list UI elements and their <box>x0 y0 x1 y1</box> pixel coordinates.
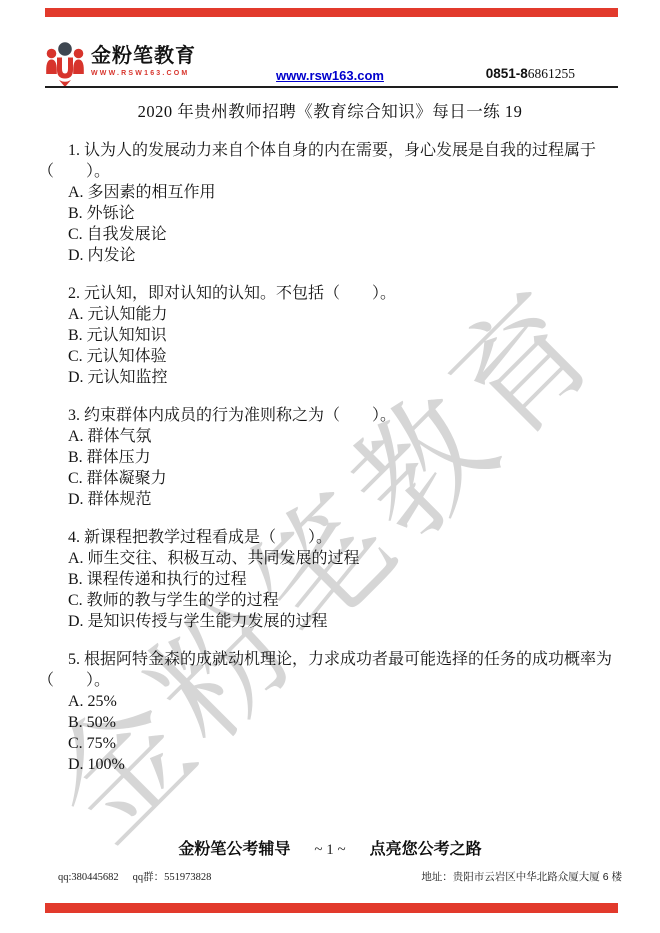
page-title: 2020 年贵州教师招聘《教育综合知识》每日一练 19 <box>0 98 660 122</box>
question-stem: 1. 认为人的发展动力来自个体自身的内在需要，身心发展是自我的过程属于 <box>38 140 630 161</box>
option-c: C. 自我发展论 <box>38 224 630 245</box>
footer-contacts: qq:380445682qq群：551973828 地址：贵阳市云岩区中华北路众… <box>58 869 622 884</box>
option-b: B. 群体压力 <box>38 447 630 468</box>
page-number: ~ 1 ~ <box>314 842 345 858</box>
option-a: A. 元认知能力 <box>38 304 630 325</box>
option-b: B. 课程传递和执行的过程 <box>38 569 630 590</box>
footer-slogan: 点亮您公考之路 <box>370 841 482 858</box>
document-page: 金粉笔教育 WWW.RSW163.COM www.rsw163.com 0851… <box>0 0 660 933</box>
question-stem: 3. 约束群体内成员的行为准则称之为（ ）。 <box>38 405 630 426</box>
questions-section: 1. 认为人的发展动力来自个体自身的内在需要，身心发展是自我的过程属于 （ ）。… <box>38 140 630 792</box>
option-b: B. 50% <box>38 712 630 733</box>
bottom-red-bar <box>45 903 618 913</box>
option-b: B. 外铄论 <box>38 203 630 224</box>
contact-address: 地址：贵阳市云岩区中华北路众厦大厦 6 楼 <box>421 869 622 884</box>
phone-prefix: 0851-8 <box>486 66 528 81</box>
question-stem: 5. 根据阿特金森的成就动机理论，力求成功者最可能选择的任务的成功概率为 <box>38 649 630 670</box>
footer-brand: 金粉笔公考辅导 <box>178 841 290 858</box>
question-stem: 2. 元认知，即对认知的认知。不包括（ ）。 <box>38 283 630 304</box>
question-1: 1. 认为人的发展动力来自个体自身的内在需要，身心发展是自我的过程属于 （ ）。… <box>38 140 630 266</box>
phone-number: 0851-86861255 <box>486 66 575 82</box>
question-5: 5. 根据阿特金森的成就动机理论，力求成功者最可能选择的任务的成功概率为 （ ）… <box>38 649 630 775</box>
question-4: 4. 新课程把教学过程看成是（ ）。 A. 师生交往、积极互动、共同发展的过程 … <box>38 527 630 632</box>
option-a: A. 多因素的相互作用 <box>38 182 630 203</box>
question-stem: 4. 新课程把教学过程看成是（ ）。 <box>38 527 630 548</box>
question-stem-continuation: （ ）。 <box>38 670 630 691</box>
option-d: D. 是知识传授与学生能力发展的过程 <box>38 611 630 632</box>
phone-suffix: 6861255 <box>528 66 575 81</box>
option-d: D. 群体规范 <box>38 489 630 510</box>
option-c: C. 群体凝聚力 <box>38 468 630 489</box>
question-3: 3. 约束群体内成员的行为准则称之为（ ）。 A. 群体气氛 B. 群体压力 C… <box>38 405 630 510</box>
question-2: 2. 元认知，即对认知的认知。不包括（ ）。 A. 元认知能力 B. 元认知知识… <box>38 283 630 388</box>
qq-number: qq:380445682 <box>58 872 119 883</box>
top-red-bar <box>45 8 618 17</box>
option-a: A. 师生交往、积极互动、共同发展的过程 <box>38 548 630 569</box>
option-b: B. 元认知知识 <box>38 325 630 346</box>
option-d: D. 内发论 <box>38 245 630 266</box>
option-d: D. 100% <box>38 754 630 775</box>
footer-tagline: 金粉笔公考辅导~ 1 ~点亮您公考之路 <box>0 836 660 859</box>
option-d: D. 元认知监控 <box>38 367 630 388</box>
question-stem-continuation: （ ）。 <box>38 161 630 182</box>
option-c: C. 75% <box>38 733 630 754</box>
option-c: C. 元认知体验 <box>38 346 630 367</box>
contact-qq: qq:380445682qq群：551973828 <box>58 869 211 884</box>
qq-group-number: qq群：551973828 <box>133 872 212 883</box>
option-c: C. 教师的教与学生的学的过程 <box>38 590 630 611</box>
header-divider <box>45 86 618 88</box>
brand-name: 金粉笔教育 <box>91 45 196 67</box>
option-a: A. 群体气氛 <box>38 426 630 447</box>
option-a: A. 25% <box>38 691 630 712</box>
